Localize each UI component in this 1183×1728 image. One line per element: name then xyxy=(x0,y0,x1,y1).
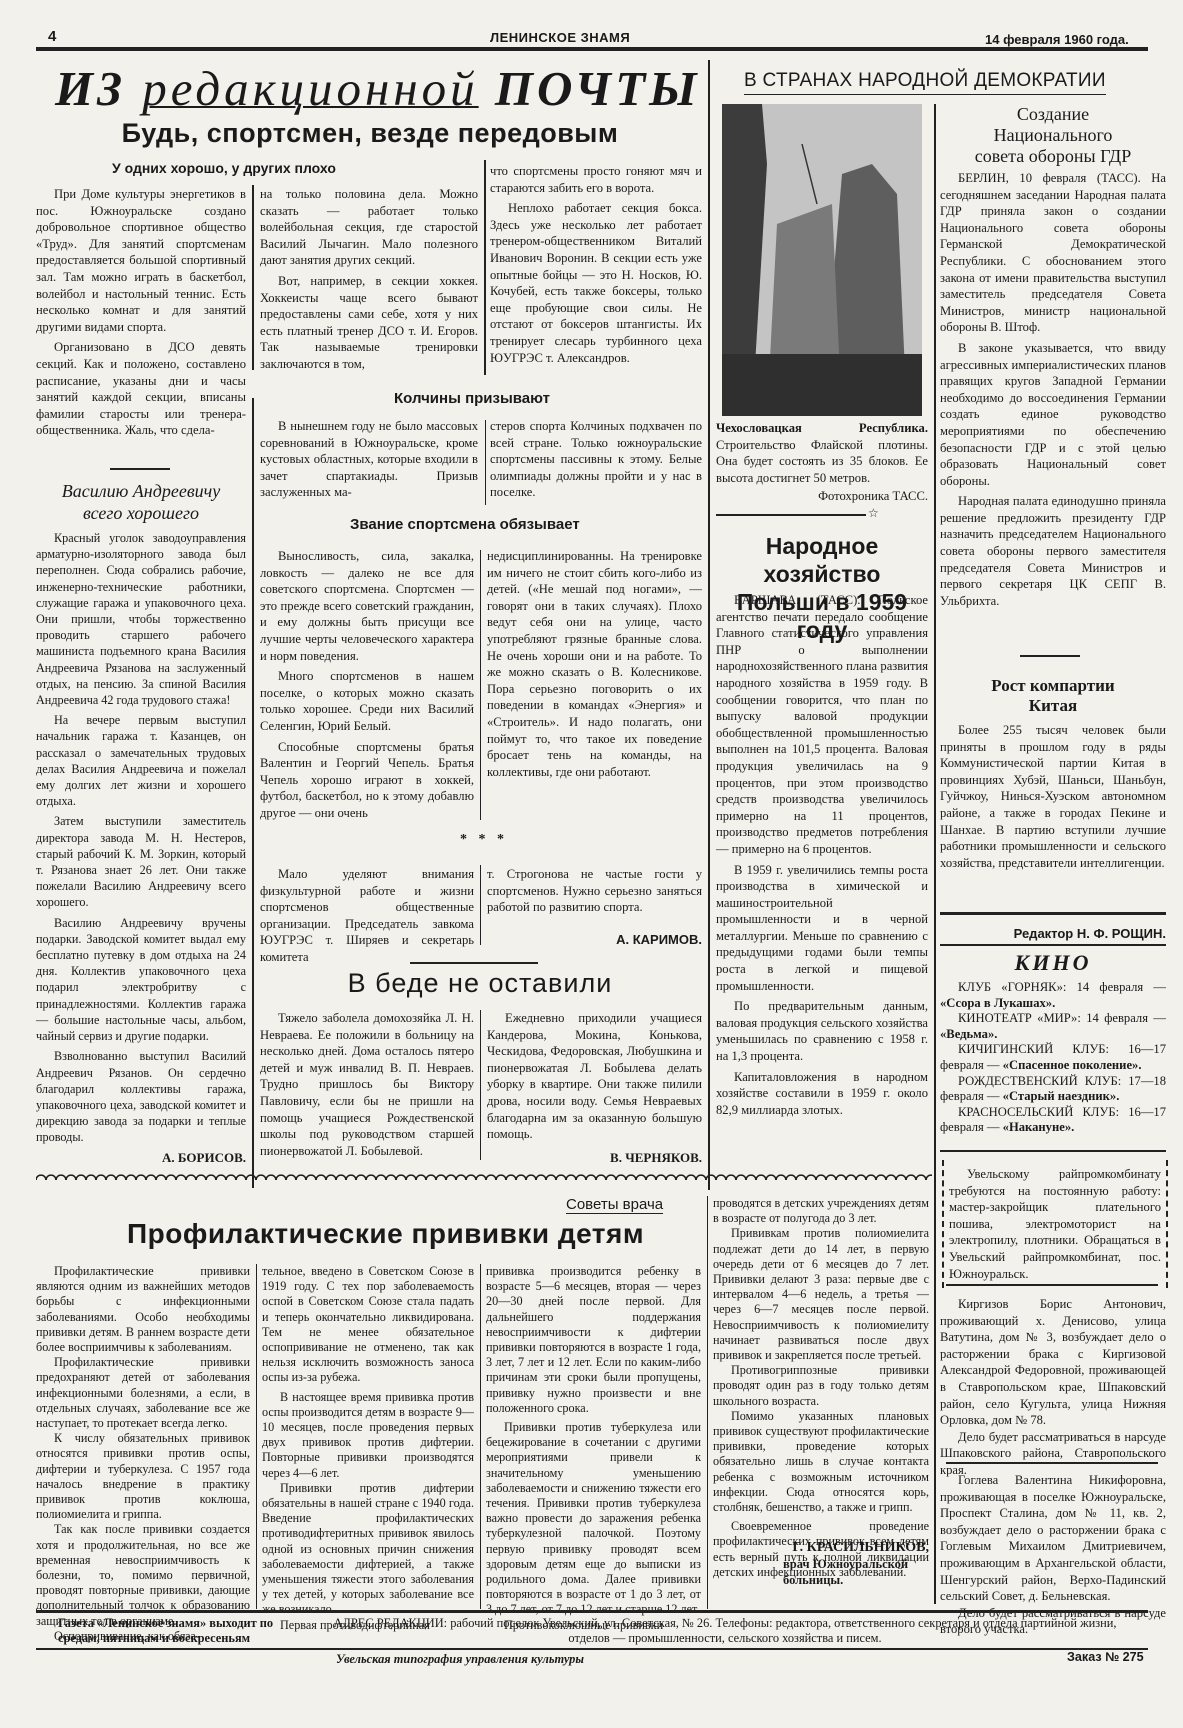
cinema-listing: РОЖДЕСТВЕНСКИЙ КЛУБ: 17—18 февраля — «Ст… xyxy=(940,1074,1166,1105)
paragraph: При Доме культуры энергетиков в пос. Южн… xyxy=(36,186,246,335)
china-title-line: Рост компартии xyxy=(940,676,1166,696)
paragraph: По предварительным данным, валовая проду… xyxy=(716,998,928,1064)
china-title-line: Китая xyxy=(940,696,1166,716)
paragraph: тельное, введено в Советском Союзе в 191… xyxy=(262,1264,474,1386)
paragraph: Неплохо работает секция бокса. Здесь уже… xyxy=(490,200,702,366)
divider xyxy=(252,398,254,1188)
paragraph: На вечере первым выступил начальник гара… xyxy=(36,712,246,809)
medical-col3: прививка производится ребенку в возрасте… xyxy=(486,1264,701,1633)
job-ad: Увельскому райпромкомбинату требуются на… xyxy=(942,1160,1168,1288)
rubric-part-1: ИЗ xyxy=(55,61,126,116)
separator-rule xyxy=(410,962,538,964)
paragraph: В настоящее время прививка против оспы п… xyxy=(262,1390,474,1481)
sports-headline: Будь, спортсмен, везде передовым xyxy=(0,118,720,149)
article3-col2: недисциплинированны. На тренировке им ни… xyxy=(487,548,702,780)
cinema-listing: КИЧИГИНСКИЙ КЛУБ: 16—17 февраля — «Спасе… xyxy=(940,1042,1166,1073)
article4-title-line2: всего хорошего xyxy=(36,502,246,524)
editorial-address: АДРЕС РЕДАКЦИИ: рабочий поселок Увельски… xyxy=(320,1616,1130,1646)
paper-name: ЛЕНИНСКОЕ ЗНАМЯ xyxy=(490,30,630,45)
paragraph: Тяжело заболела домохозяйка Л. Н. Неврае… xyxy=(260,1010,474,1159)
dam-construction-photo xyxy=(722,104,922,416)
paragraph: В законе указывается, что ввиду агрессив… xyxy=(940,340,1166,489)
author-name: Г. КРАСИЛЬНИКОВ, xyxy=(713,1540,929,1556)
rubric-part-2: редакционной xyxy=(142,61,478,116)
photo-caption: Чехословацкая Республика. Строительство … xyxy=(716,420,928,505)
paragraph: ВАРШАВА. (ТАСС). Польское агентство печа… xyxy=(716,592,928,858)
poland-title-line: Народное хозяйство xyxy=(716,532,928,588)
article1-col1: При Доме культуры энергетиков в пос. Южн… xyxy=(36,186,246,439)
asterism-separator: * * * xyxy=(460,832,508,848)
page-number: 4 xyxy=(48,28,56,45)
cinema-listings: КЛУБ «ГОРНЯК»: 14 февраля — «Ссора в Лук… xyxy=(940,980,1166,1136)
paragraph: Киргизов Борис Антонович, проживающий х.… xyxy=(940,1296,1166,1429)
divider xyxy=(480,550,481,820)
footer-rule-bottom xyxy=(36,1648,1148,1650)
paragraph: В нынешнем году не было массовых соревно… xyxy=(260,418,478,501)
paragraph: т. Строгонова не частые гости у спортсме… xyxy=(487,866,702,916)
cinema-listing: КЛУБ «ГОРНЯК»: 14 февраля — «Ссора в Лук… xyxy=(940,980,1166,1011)
article3-col1b: Мало уделяют внимания физкультурной рабо… xyxy=(260,866,474,966)
paragraph: проводятся в детских учреждениях детям в… xyxy=(713,1196,929,1226)
article3-subhead: Звание спортсмена обязывает xyxy=(350,516,580,533)
separator-rule xyxy=(946,1462,1158,1464)
medical-col4: проводятся в детских учреждениях детям в… xyxy=(713,1196,929,1580)
paragraph: Капиталовложения в народном хозяйстве со… xyxy=(716,1069,928,1119)
paragraph: В 1959 г. увеличились темпы роста произв… xyxy=(716,862,928,995)
paragraph: Выносливость, сила, закалка, ловкость — … xyxy=(260,548,474,664)
editor-rule xyxy=(940,912,1166,915)
separator-rule xyxy=(716,514,866,516)
medical-signature: Г. КРАСИЛЬНИКОВ, врач Южноуральской боль… xyxy=(713,1540,929,1588)
divider xyxy=(484,160,486,375)
footer-rule-top xyxy=(36,1610,1148,1613)
paragraph: Много спортсменов в нашем поселке, о кот… xyxy=(260,668,474,734)
article2-col1: В нынешнем году не было массовых соревно… xyxy=(260,418,478,501)
article4-title: Василию Андреевичу всего хорошего xyxy=(36,480,246,524)
paragraph: Способные спортсмены братья Валентин и Г… xyxy=(260,739,474,822)
caption-text: Чехословацкая Республика. Строительство … xyxy=(716,420,928,486)
paragraph: Красный уголок заводоуправления арматурн… xyxy=(36,530,246,708)
separator-rule xyxy=(110,468,170,470)
article5-title: В беде не оставили xyxy=(252,968,708,999)
rubric-part-3: ПОЧТЫ xyxy=(495,61,701,116)
article1-col3: что спортсмены просто гоняют мяч и стара… xyxy=(490,163,702,366)
photo-credit: Фотохроника ТАСС. xyxy=(716,488,928,505)
article1-subhead: У одних хорошо, у других плохо xyxy=(112,160,336,176)
paragraph: Профилактические прививки являются одним… xyxy=(36,1264,250,1355)
wavy-separator xyxy=(36,1172,932,1180)
star-icon: ☆ xyxy=(868,506,879,521)
article5-col2: Ежедневно приходили учащиеся Кандерова, … xyxy=(487,1010,702,1143)
article4-body: Красный уголок заводоуправления арматурн… xyxy=(36,530,246,1146)
divider xyxy=(480,1010,481,1160)
cinema-title: КИНО xyxy=(940,950,1166,976)
separator-rule xyxy=(946,1284,1158,1286)
gdr-title: Создание Национального совета обороны ГД… xyxy=(940,104,1166,167)
paragraph: Прививки против дифтерии обязательны в н… xyxy=(262,1481,474,1618)
democracies-rubric: В СТРАНАХ НАРОДНОЙ ДЕМОКРАТИИ xyxy=(744,70,1106,95)
paragraph: К числу обязательных прививок относятся … xyxy=(36,1431,250,1522)
paragraph: на только половина дела. Можно сказать —… xyxy=(260,186,478,269)
divider xyxy=(707,1196,708,1609)
paragraph: Прививкам против полиомиелита подлежат д… xyxy=(713,1226,929,1363)
article5-col1: Тяжело заболела домохозяйка Л. Н. Неврае… xyxy=(260,1010,474,1159)
cinema-listing: КИНОТЕАТР «МИР»: 14 февраля — «Ведьма». xyxy=(940,1011,1166,1042)
gdr-title-line: совета обороны ГДР xyxy=(940,146,1166,167)
paragraph: Профилактические прививки предохраняют д… xyxy=(36,1355,250,1431)
poland-body: ВАРШАВА. (ТАСС). Польское агентство печа… xyxy=(716,592,928,1118)
order-number: Заказ № 275 xyxy=(1067,1650,1144,1664)
article2-col2: стеров спорта Колчиных подхвачен по всей… xyxy=(490,418,702,501)
paragraph: Так как после прививки создается хотя и … xyxy=(36,1522,250,1628)
medical-rubric: Советы врача xyxy=(566,1196,663,1214)
mail-rubric: ИЗ редакционной ПОЧТЫ xyxy=(55,60,701,117)
medical-col2: тельное, введено в Советском Союзе в 191… xyxy=(262,1264,474,1633)
masthead-rule xyxy=(36,47,1148,51)
divider xyxy=(708,60,710,1190)
paragraph: недисциплинированны. На тренировке им ни… xyxy=(487,548,702,780)
gdr-body: БЕРЛИН, 10 февраля (ТАСС). На сегодняшне… xyxy=(940,170,1166,609)
article3-signature: А. КАРИМОВ. xyxy=(487,932,702,947)
divider xyxy=(256,1264,257,1609)
printer-name: Увельская типография управления культуры xyxy=(336,1652,584,1667)
paragraph: стеров спорта Колчиных подхвачен по всей… xyxy=(490,418,702,501)
paragraph: БЕРЛИН, 10 февраля (ТАСС). На сегодняшне… xyxy=(940,170,1166,336)
separator-rule xyxy=(1020,655,1080,657)
paragraph: Гоглева Валентина Никифоровна, проживающ… xyxy=(940,1472,1166,1605)
article4-signature: А. БОРИСОВ. xyxy=(36,1150,246,1166)
publication-schedule: Газета «Ленинское знамя» выходит по сред… xyxy=(58,1616,316,1646)
paragraph: Мало уделяют внимания физкультурной рабо… xyxy=(260,866,474,966)
separator-rule xyxy=(940,1150,1166,1152)
divider xyxy=(934,104,936,1604)
divorce-notice-1: Киргизов Борис Антонович, проживающий х.… xyxy=(940,1296,1166,1479)
caption-lead: Чехословацкая Республика. xyxy=(716,421,928,435)
paragraph: что спортсмены просто гоняют мяч и стара… xyxy=(490,163,702,196)
paragraph: Противогриппозные прививки проводят один… xyxy=(713,1363,929,1409)
paragraph: прививка производится ребенку в возрасте… xyxy=(486,1264,701,1416)
job-ad-text: Увельскому райпромкомбинату требуются на… xyxy=(949,1166,1161,1282)
paragraph: Народная палата единодушно приняла решен… xyxy=(940,493,1166,609)
paragraph: Прививки против туберкулеза или бецежиро… xyxy=(486,1420,701,1618)
cinema-listing: КРАСНОСЕЛЬСКИЙ КЛУБ: 16—17 февраля — «На… xyxy=(940,1105,1166,1136)
cinema-rule xyxy=(940,944,1166,946)
article3-col1: Выносливость, сила, закалка, ловкость — … xyxy=(260,548,474,822)
paragraph: Взволнованно выступил Василий Андреевич … xyxy=(36,1048,246,1145)
article3-col2b: т. Строгонова не частые гости у спортсме… xyxy=(487,866,702,916)
gdr-title-line: Создание xyxy=(940,104,1166,125)
paragraph: Василию Андреевичу вручены подарки. Заво… xyxy=(36,915,246,1045)
divider xyxy=(485,420,486,505)
article5-signature: В. ЧЕРНЯКОВ. xyxy=(487,1150,702,1166)
divider xyxy=(480,1264,481,1609)
paragraph: Более 255 тысяч человек были приняты в п… xyxy=(940,722,1166,871)
paragraph: Ежедневно приходили учащиеся Кандерова, … xyxy=(487,1010,702,1143)
paragraph: Помимо указанных плановых прививок сущес… xyxy=(713,1409,929,1515)
divorce-notice-2: Гоглева Валентина Никифоровна, проживающ… xyxy=(940,1472,1166,1638)
editor-credit: Редактор Н. Ф. РОЩИН. xyxy=(940,926,1166,941)
china-body: Более 255 тысяч человек были приняты в п… xyxy=(940,722,1166,871)
medical-col1: Профилактические прививки являются одним… xyxy=(36,1264,250,1644)
article1-col2: на только половина дела. Можно сказать —… xyxy=(260,186,478,373)
gdr-title-line: Национального xyxy=(940,125,1166,146)
dam-photo-icon xyxy=(722,104,922,416)
caption-body: Строительство Флайской плотины. Она буде… xyxy=(716,438,928,485)
issue-date: 14 февраля 1960 года. xyxy=(985,32,1129,47)
paragraph: Вот, например, в секции хоккея. Хоккеист… xyxy=(260,273,478,373)
article4-title-line1: Василию Андреевичу xyxy=(36,480,246,502)
medical-title: Профилактические прививки детям xyxy=(127,1218,644,1250)
author-role: врач Южноуральской больницы. xyxy=(713,1556,929,1588)
paragraph: Организовано в ДСО девять секций. Как и … xyxy=(36,339,246,439)
divider xyxy=(252,185,254,370)
divider xyxy=(480,865,481,945)
china-title: Рост компартии Китая xyxy=(940,676,1166,716)
article2-subhead: Колчины призывают xyxy=(394,390,550,407)
paragraph: Затем выступили заместитель директора за… xyxy=(36,813,246,910)
